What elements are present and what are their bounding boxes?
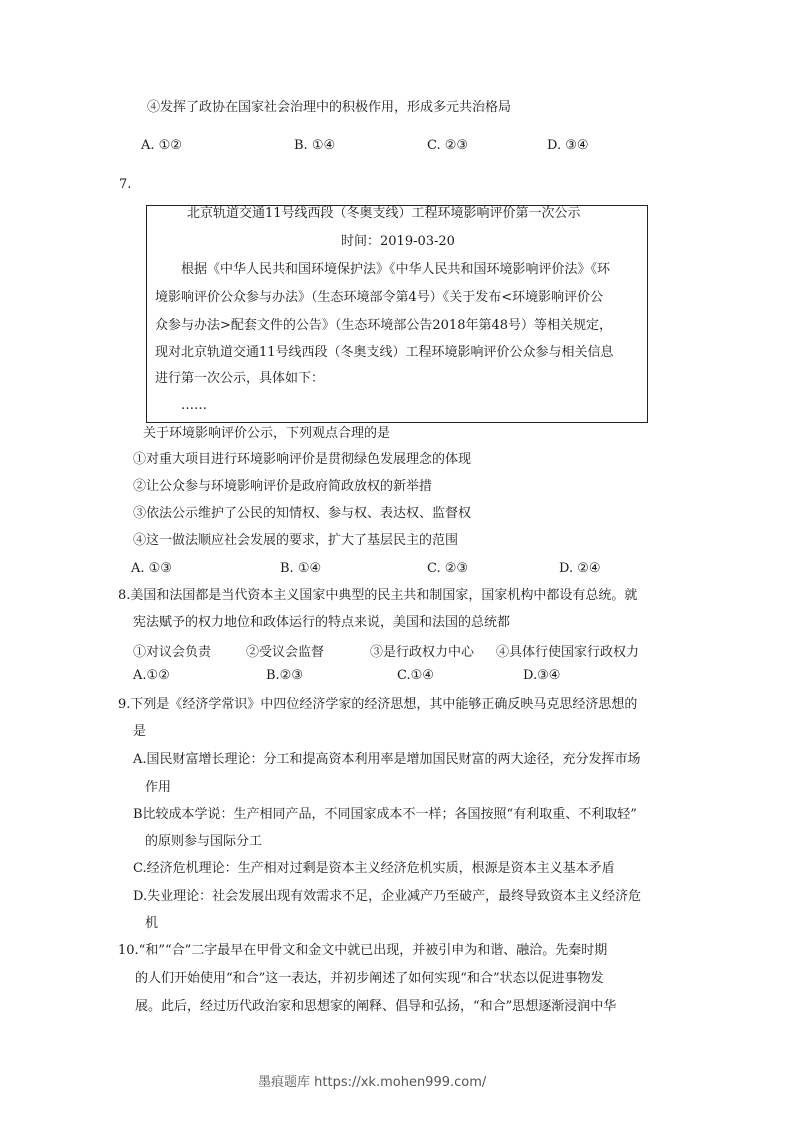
q9-stem-line: 9.下列是《经济学常识》中四位经济学家的经济思想，其中能够正确反映马克思经济思想… xyxy=(118,696,637,714)
q7-stem: 关于环境影响评价公示，下列观点合理的是 xyxy=(143,425,390,443)
q9-stem-line: 是 xyxy=(133,723,146,741)
q7-option-c: C. ②③ xyxy=(427,561,468,576)
q8-option-a: A.①② xyxy=(133,668,170,683)
q8-stem-line: 8.美国和法国都是当代资本主义国家中典型的民主共和制国家，国家机构中都设有总统。… xyxy=(118,587,637,605)
q8-statement-2: ②受议会监督 xyxy=(246,641,324,660)
q8-options: A.①② B.②③ C.①④ D.③④ xyxy=(0,668,793,686)
q8-statement-1: ①对议会负责 xyxy=(133,641,211,660)
q7-statement-3: ③依法公示维护了公民的知情权、参与权、表达权、监督权 xyxy=(133,505,471,523)
q9-option-a: A.国民财富增长理论：分工和提高资本利用率是增加国民财富的两大途径，充分发挥市场 xyxy=(133,751,641,769)
q7-option-b: B. ①④ xyxy=(280,561,321,576)
notice-body-line: 境影响评价公众参与办法》（生态环境部令第4号）《关于发布<环境影响评价公 xyxy=(155,289,603,307)
footer-watermark-link[interactable]: 墨痕题库 https://xk.mohen999.com/ xyxy=(258,1071,486,1090)
q10-stem-line: 的人们开始使用“和合”这一表达，并初步阐述了如何实现“和合”状态以促进事物发 xyxy=(135,970,604,988)
notice-title: 北京轨道交通11号线西段（冬奥支线）工程环境影响评价第一次公示 xyxy=(187,205,581,223)
q8-statement-3: ③是行政权力中心 xyxy=(370,641,474,660)
q7-option-d: D. ②④ xyxy=(559,561,601,576)
q8-statements: ①对议会负责 ②受议会监督 ③是行政权力中心 ④具体行使国家行政权力 xyxy=(0,641,793,659)
notice-ellipsis: …… xyxy=(181,397,207,415)
q6-option-b: B. ①④ xyxy=(294,138,335,153)
notice-body-line: 根据《中华人民共和国环境保护法》《中华人民共和国环境影响评价法》《环 xyxy=(181,261,610,279)
q7-option-a: A. ①③ xyxy=(131,561,172,576)
q9-option-c: C.经济危机理论：生产相对过剩是资本主义经济危机实质，根源是资本主义基本矛盾 xyxy=(133,860,615,878)
q8-option-c: C.①④ xyxy=(397,668,434,683)
q6-statement-4: ④发挥了政协在国家社会治理中的积极作用，形成多元共治格局 xyxy=(147,99,511,117)
notice-body-line: 进行第一次公示，具体如下： xyxy=(155,370,324,388)
q6-options: A. ①② B. ①④ C. ②③ D. ③④ xyxy=(0,138,793,156)
q6-option-d: D. ③④ xyxy=(547,138,589,153)
q6-option-a: A. ①② xyxy=(141,138,182,153)
q9-option-b-cont: 的原则参与国际分工 xyxy=(145,833,262,851)
q7-statement-4: ④这一做法顺应社会发展的要求，扩大了基层民主的范围 xyxy=(133,532,458,550)
notice-date: 时间：2019-03-20 xyxy=(341,233,455,251)
q7-statement-1: ①对重大项目进行环境影响评价是贯彻绿色发展理念的体现 xyxy=(133,451,471,469)
q6-option-c: C. ②③ xyxy=(427,138,468,153)
q7-options: A. ①③ B. ①④ C. ②③ D. ②④ xyxy=(0,561,793,579)
notice-body-line: 众参与办法>配套文件的公告》（生态环境部公告2018年第48号）等相关规定， xyxy=(155,317,612,335)
q9-option-d-cont: 机 xyxy=(145,915,158,933)
q8-statement-4: ④具体行使国家行政权力 xyxy=(496,641,639,660)
q7-statement-2: ②让公众参与环境影响评价是政府简政放权的新举措 xyxy=(133,478,432,496)
q9-option-d: D.失业理论：社会发展出现有效需求不足，企业减产乃至破产，最终导致资本主义经济危 xyxy=(133,888,641,906)
q10-stem-line: 展。此后，经过历代政治家和思想家的阐释、倡导和弘扬，“和合”思想逐渐浸润中华 xyxy=(135,998,616,1016)
q9-option-a-cont: 作用 xyxy=(145,779,171,797)
q9-option-b: B比较成本学说：生产相同产品，不同国家成本不一样；各国按照“有利取重、不利取轻” xyxy=(133,806,637,824)
notice-body-line: 现对北京轨道交通11号线西段（冬奥支线）工程环境影响评价公众参与相关信息 xyxy=(155,344,614,362)
q10-stem-line: 10.“和”“合”二字最早在甲骨文和金文中就已出现，并被引申为和谐、融洽。先秦时… xyxy=(118,942,607,960)
q7-number: 7. xyxy=(119,176,131,194)
q8-option-b: B.②③ xyxy=(266,668,303,683)
q8-stem-line: 宪法赋予的权力地位和政体运行的特点来说，美国和法国的总统都 xyxy=(133,614,510,632)
q8-option-d: D.③④ xyxy=(523,668,560,683)
